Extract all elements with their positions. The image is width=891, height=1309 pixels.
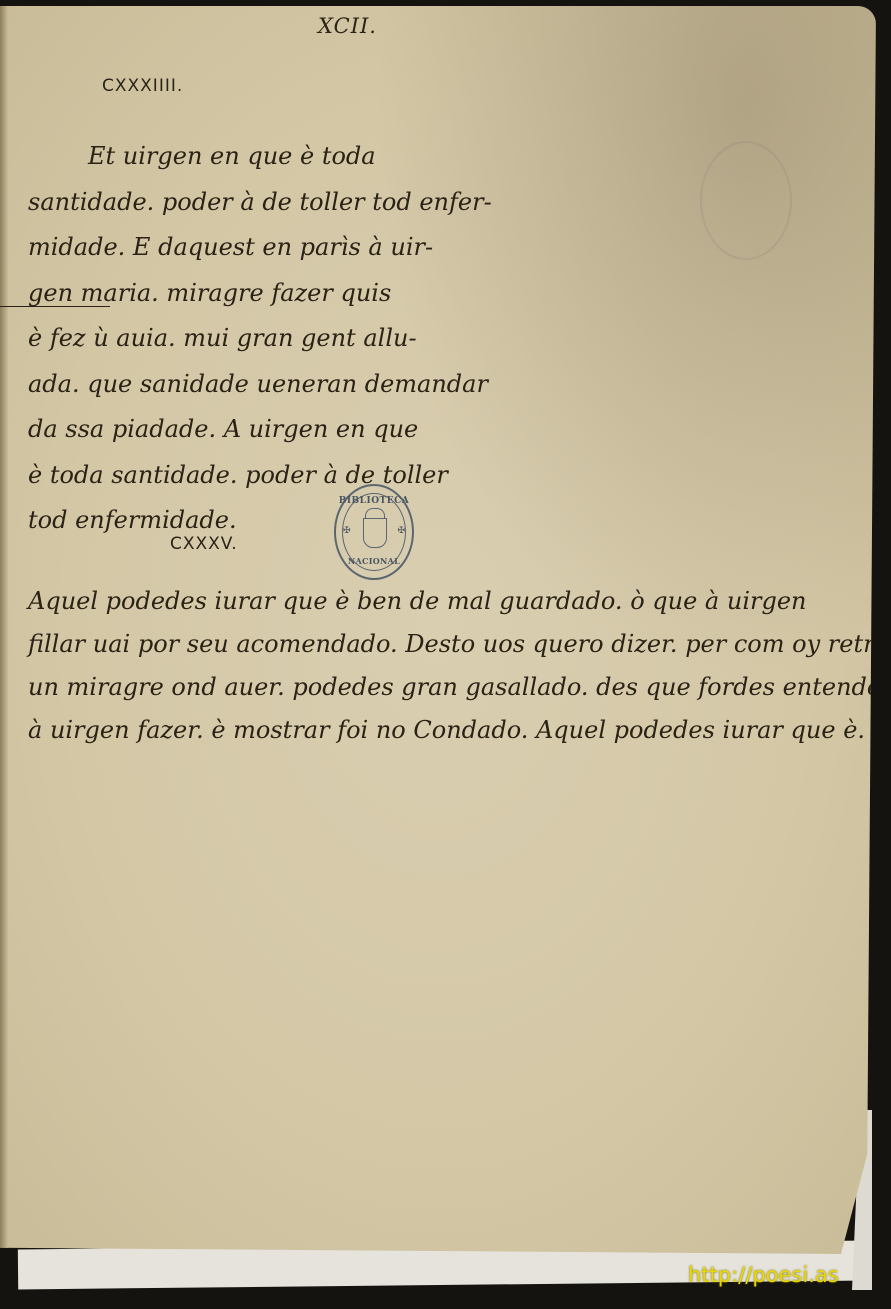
text-line: è fez ù auia. mui gran gent allu- xyxy=(28,316,492,362)
watermark-link[interactable]: http://poesi.as xyxy=(688,1263,839,1287)
text-line: santidade. poder à de toller tod enfer- xyxy=(28,180,492,226)
cantiga-number-134: CXXXIIII. xyxy=(102,76,183,96)
binding-gutter xyxy=(0,6,8,1254)
text-line: ada. que sanidade ueneran demandar xyxy=(28,362,492,408)
biblioteca-nacional-stamp: BIBLIOTECA ✠ ✠ NACIONAL xyxy=(334,484,414,580)
cross-icon: ✠ xyxy=(343,526,351,536)
cantiga-number-135: CXXXV. xyxy=(170,534,238,554)
cross-icon: ✠ xyxy=(397,526,405,536)
text-line: un miragre ond auer. podedes gran gasall… xyxy=(28,666,891,709)
manuscript-page: XCII. CXXXIIII. Et uirgen en que è toda … xyxy=(0,6,876,1254)
cantiga-135-text: Aquel podedes iurar que è ben de mal gua… xyxy=(28,580,891,752)
text-line: à uirgen fazer. è mostrar foi no Condado… xyxy=(28,709,891,752)
stamp-top-text: BIBLIOTECA xyxy=(336,496,412,506)
text-line: è toda santidade. poder à de toller xyxy=(28,453,492,499)
text-line: Et uirgen en que è toda xyxy=(28,134,492,180)
coat-of-arms-icon xyxy=(363,518,387,548)
text-line: fillar uai por seu acomendado. Desto uos… xyxy=(28,623,891,666)
bleed-through-stamp xyxy=(700,141,792,260)
text-line: da ssa piadade. A uirgen en que xyxy=(28,407,492,453)
cantiga-134-text: Et uirgen en que è toda santidade. poder… xyxy=(28,134,492,544)
text-line: gen maria. miragre fazer quis xyxy=(28,271,492,317)
text-line: tod enfermidade. xyxy=(28,498,492,544)
text-line: midade. E daquest en parìs à uir- xyxy=(28,225,492,271)
stamp-bottom-text: NACIONAL xyxy=(336,556,412,566)
text-line: Aquel podedes iurar que è ben de mal gua… xyxy=(28,580,891,623)
folio-number: XCII. xyxy=(318,14,377,38)
